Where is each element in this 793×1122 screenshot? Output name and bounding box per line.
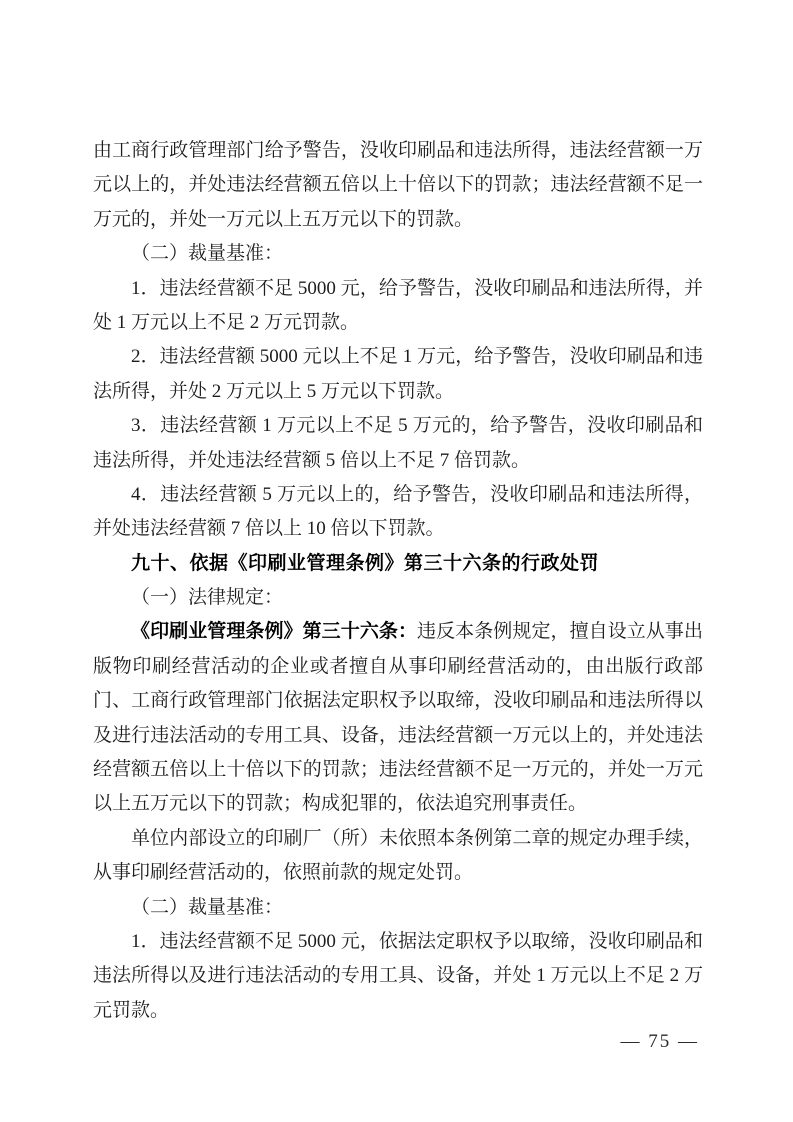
body-line: 从事印刷经营活动的，依照前款的规定处罚。: [93, 856, 703, 890]
body-line: 4．违法经营额 5 万元以上的，给予警告，没收印刷品和违法所得，: [93, 478, 703, 512]
body-line: 1．违法经营额不足 5000 元，给予警告，没收印刷品和违法所得，并: [93, 272, 703, 306]
body-line: 及进行违法活动的专用工具、设备，违法经营额一万元以上的，并处违法: [93, 719, 703, 753]
body-line: 门、工商行政管理部门依据法定职权予以取缔，没收印刷品和违法所得以: [93, 684, 703, 718]
body-line: 法所得，并处 2 万元以上 5 万元以下罚款。: [93, 375, 703, 409]
page-number: — 75 —: [621, 1030, 700, 1054]
subsection-label: （二）裁量基准：: [93, 891, 703, 925]
body-line: 以上五万元以下的罚款；构成犯罪的，依法追究刑事责任。: [93, 787, 703, 821]
statute-text: 违反本条例规定，擅自设立从事出: [417, 621, 703, 642]
body-line: 2．违法经营额 5000 元以上不足 1 万元，给予警告，没收印刷品和违: [93, 340, 703, 374]
subsection-label: （二）裁量基准：: [93, 237, 703, 271]
body-line: 违法所得以及进行违法活动的专用工具、设备，并处 1 万元以上不足 2 万: [93, 959, 703, 993]
body-line: 版物印刷经营活动的企业或者擅自从事印刷经营活动的，由出版行政部: [93, 650, 703, 684]
body-line: 由工商行政管理部门给予警告，没收印刷品和违法所得，违法经营额一万: [93, 134, 703, 168]
body-line: 处 1 万元以上不足 2 万元罚款。: [93, 306, 703, 340]
body-line: 3．违法经营额 1 万元以上不足 5 万元的，给予警告，没收印刷品和: [93, 409, 703, 443]
body-line: 单位内部设立的印刷厂（所）未依照本条例第二章的规定办理手续，: [93, 822, 703, 856]
body-line: 并处违法经营额 7 倍以上 10 倍以下罚款。: [93, 512, 703, 546]
document-page: 由工商行政管理部门给予警告，没收印刷品和违法所得，违法经营额一万 元以上的，并处…: [0, 0, 793, 1122]
body-line: 元罚款。: [93, 994, 703, 1028]
body-line: 违法所得，并处违法经营额 5 倍以上不足 7 倍罚款。: [93, 444, 703, 478]
subsection-label: （一）法律规定：: [93, 581, 703, 615]
statute-bold-lead: 《印刷业管理条例》第三十六条：: [131, 621, 417, 642]
section-heading: 九十、依据《印刷业管理条例》第三十六条的行政处罚: [93, 547, 703, 581]
body-line: 万元的，并处一万元以上五万元以下的罚款。: [93, 203, 703, 237]
body-line: 1．违法经营额不足 5000 元，依据法定职权予以取缔，没收印刷品和: [93, 925, 703, 959]
body-line: 《印刷业管理条例》第三十六条：违反本条例规定，擅自设立从事出: [93, 615, 703, 649]
document-text-block: 由工商行政管理部门给予警告，没收印刷品和违法所得，违法经营额一万 元以上的，并处…: [93, 134, 703, 1028]
body-line: 经营额五倍以上十倍以下的罚款；违法经营额不足一万元的，并处一万元: [93, 753, 703, 787]
body-line: 元以上的，并处违法经营额五倍以上十倍以下的罚款；违法经营额不足一: [93, 168, 703, 202]
